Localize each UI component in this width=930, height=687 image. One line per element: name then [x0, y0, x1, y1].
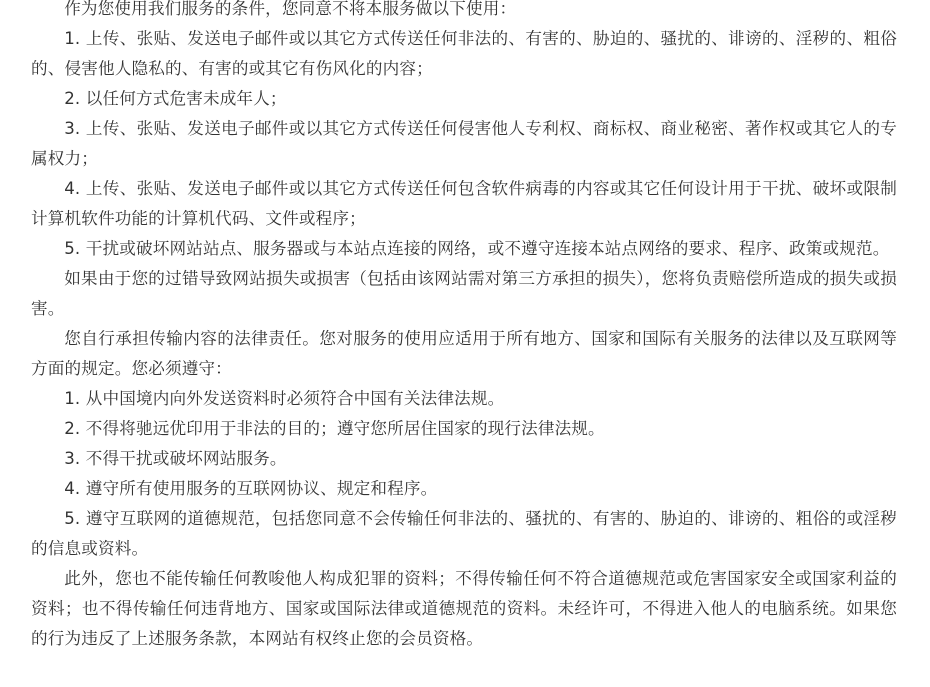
terms-document: 作为您使用我们服务的条件，您同意不将本服务做以下使用： 1. 上传、张贴、发送电… — [31, 0, 897, 654]
compliance-item-2: 2. 不得将驰远优印用于非法的目的；遵守您所居住国家的现行法律法规。 — [31, 414, 897, 444]
prohibited-use-item-1: 1. 上传、张贴、发送电子邮件或以其它方式传送任何非法的、有害的、胁迫的、骚扰的… — [31, 24, 897, 84]
additional-restrictions-paragraph: 此外，您也不能传输任何教唆他人构成犯罪的资料；不得传输任何不符合道德规范或危害国… — [31, 564, 897, 654]
compliance-item-5: 5. 遵守互联网的道德规范，包括您同意不会传输任何非法的、骚扰的、有害的、胁迫的… — [31, 504, 897, 564]
legal-responsibility-paragraph: 您自行承担传输内容的法律责任。您对服务的使用应适用于所有地方、国家和国际有关服务… — [31, 324, 897, 384]
liability-paragraph: 如果由于您的过错导致网站损失或损害（包括由该网站需对第三方承担的损失），您将负责… — [31, 264, 897, 324]
compliance-item-1: 1. 从中国境内向外发送资料时必须符合中国有关法律法规。 — [31, 384, 897, 414]
compliance-item-4: 4. 遵守所有使用服务的互联网协议、规定和程序。 — [31, 474, 897, 504]
intro-paragraph: 作为您使用我们服务的条件，您同意不将本服务做以下使用： — [31, 0, 897, 24]
prohibited-use-item-5: 5. 干扰或破坏网站站点、服务器或与本站点连接的网络，或不遵守连接本站点网络的要… — [31, 234, 897, 264]
prohibited-use-item-3: 3. 上传、张贴、发送电子邮件或以其它方式传送任何侵害他人专利权、商标权、商业秘… — [31, 114, 897, 174]
prohibited-use-item-2: 2. 以任何方式危害未成年人； — [31, 84, 897, 114]
compliance-item-3: 3. 不得干扰或破坏网站服务。 — [31, 444, 897, 474]
prohibited-use-item-4: 4. 上传、张贴、发送电子邮件或以其它方式传送任何包含软件病毒的内容或其它任何设… — [31, 174, 897, 234]
